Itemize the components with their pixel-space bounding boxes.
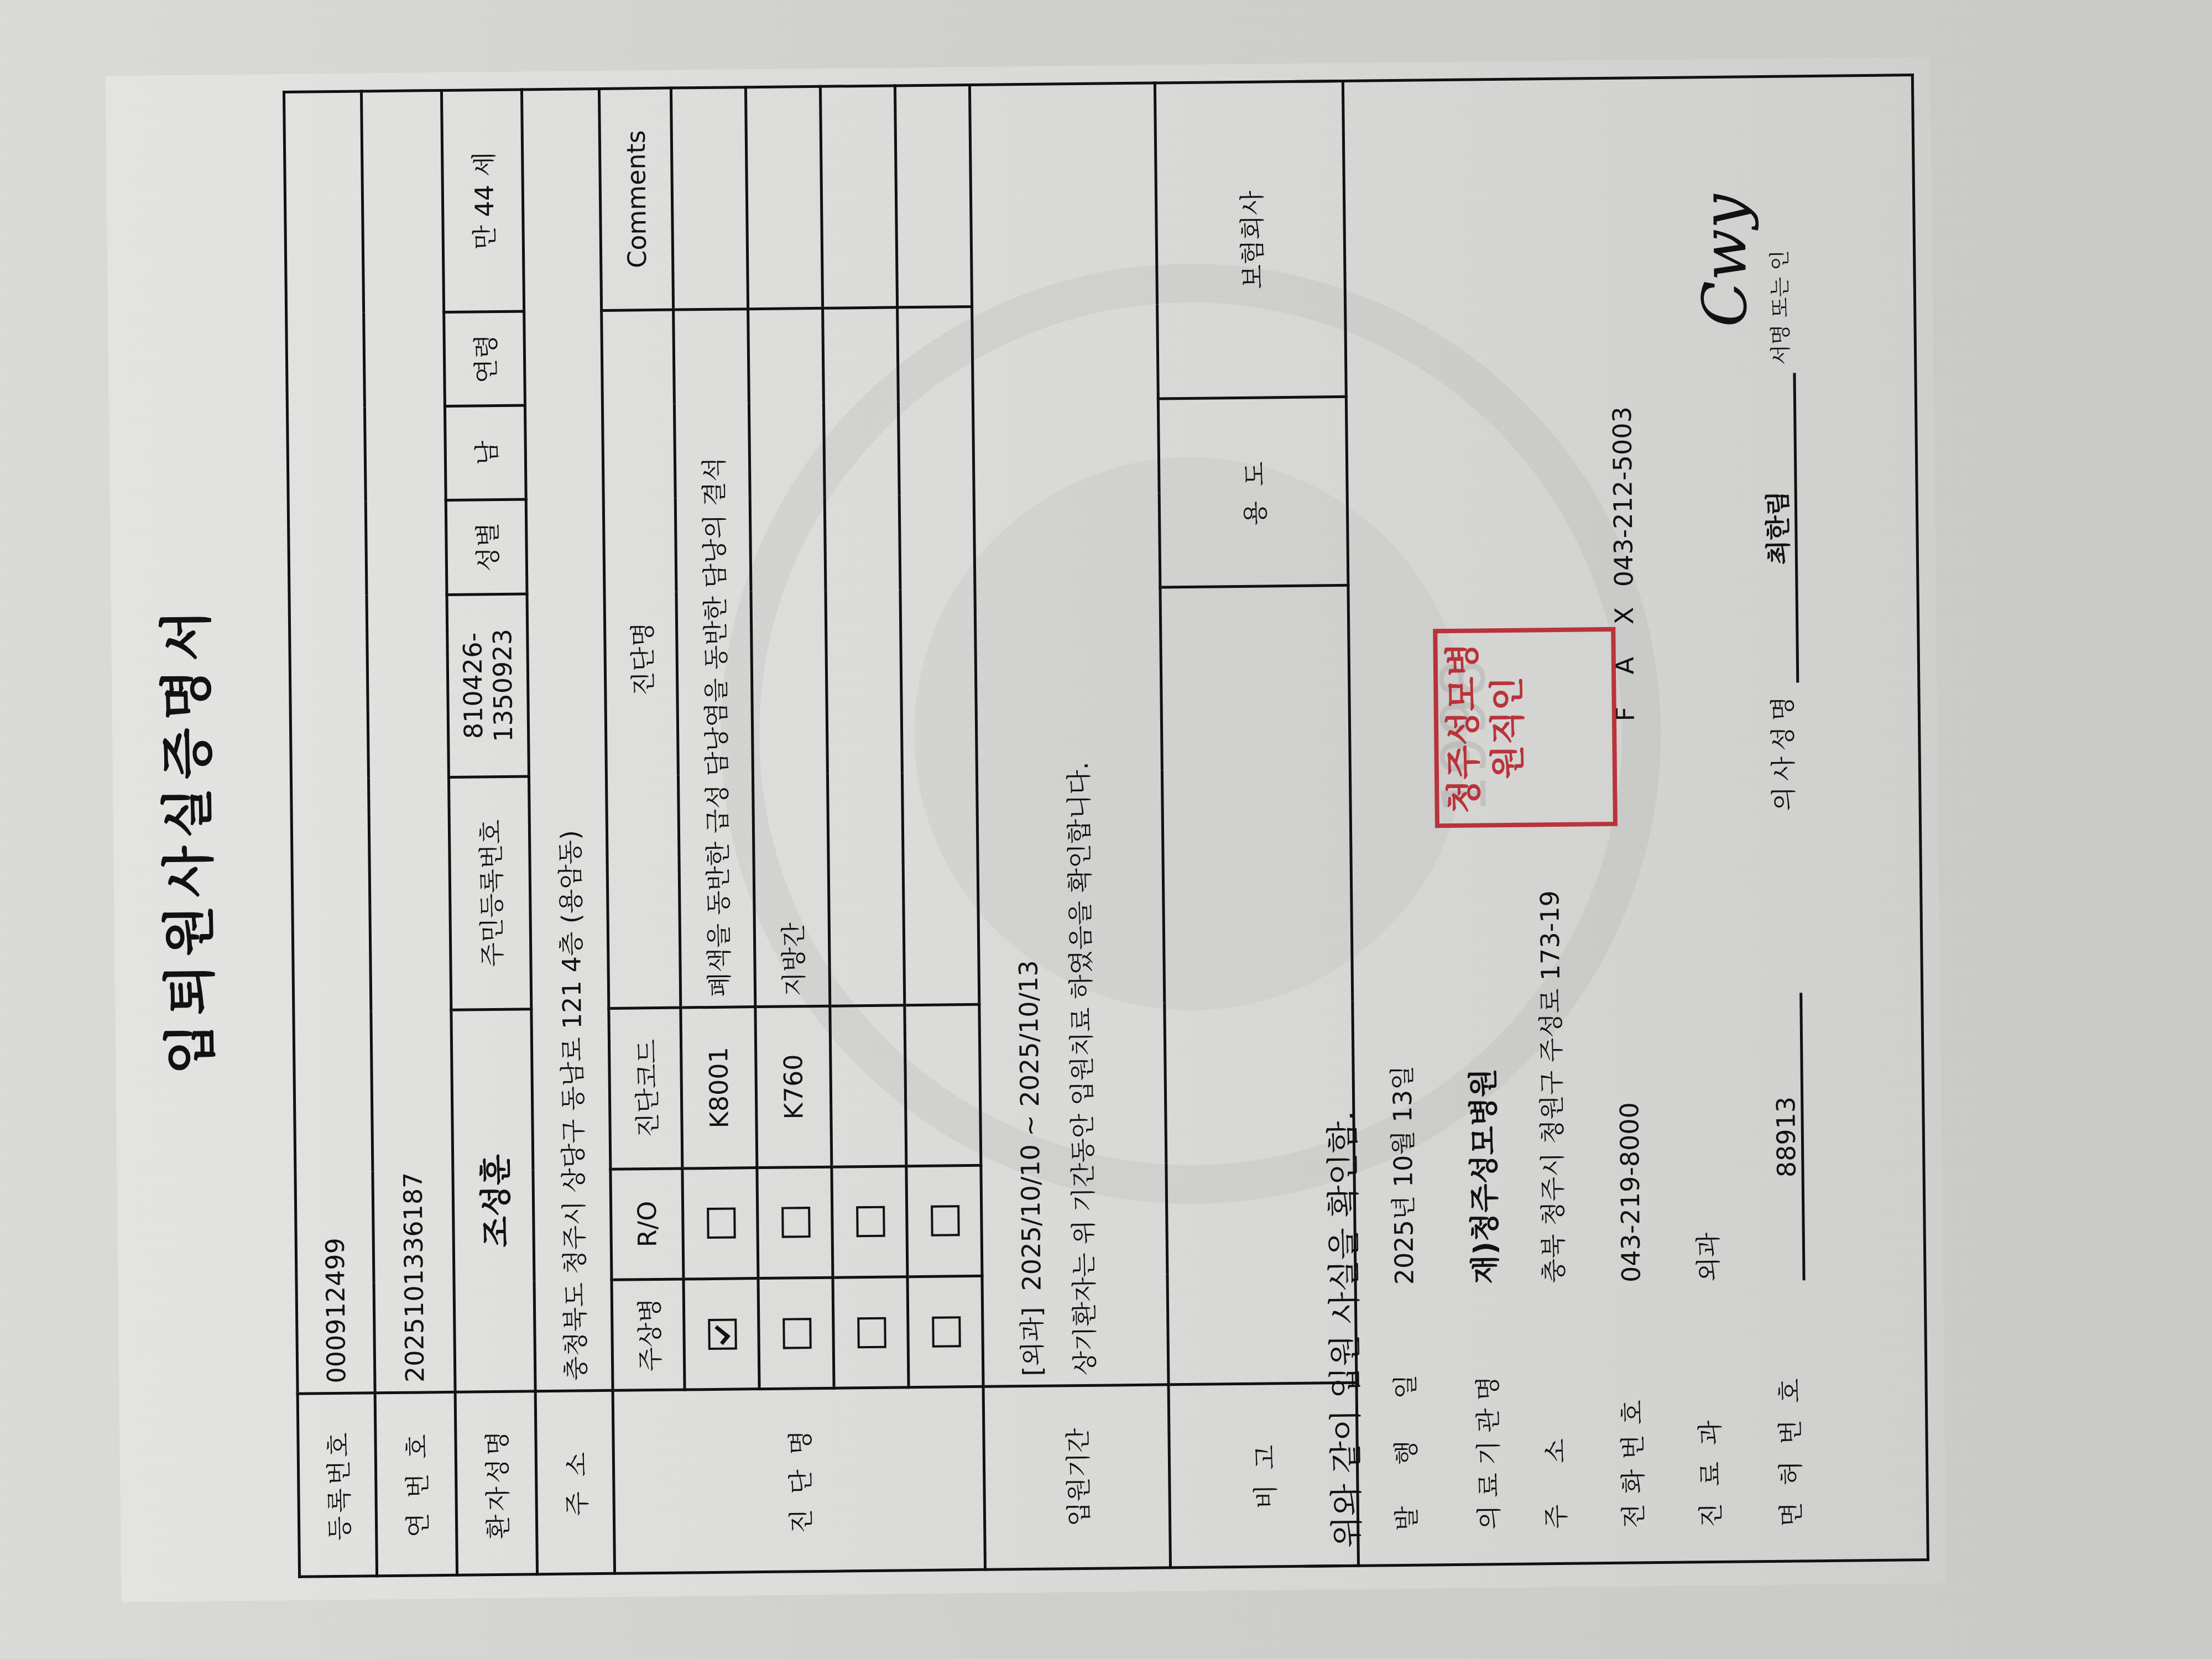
issue-date-value: 2025년 10월 13일 (1387, 1065, 1420, 1285)
certificate-page: 1998 입퇴원사실증명서 등록번호 000912499 연 번 호 20251… (106, 57, 1947, 1602)
certificate-footer: 위와 같이 입원 사실을 확인함. 발 행 일 2025년 10월 13일 의료… (1289, 74, 1929, 1568)
department-value: 외과 (1693, 1232, 1724, 1281)
diagnosis-section-label: 진 단 명 (613, 1387, 985, 1574)
sex-label: 성별 (446, 499, 527, 594)
main-diagnosis-checkbox-checked[interactable] (708, 1318, 737, 1350)
diagnosis-code (830, 1005, 906, 1167)
doctor-name: 최한림 (1756, 373, 1799, 683)
sign-label: 서명 또는 인 (1767, 250, 1793, 365)
diagnosis-name (898, 306, 979, 1005)
license-label: 면허번호 (1769, 1288, 1808, 1527)
sex-value: 남 (445, 405, 526, 500)
registration-no-value: 000912499 (284, 91, 375, 1394)
diagnosis-name: 지방간 (748, 308, 830, 1007)
license-value: 88913 (1770, 993, 1805, 1281)
document-title: 입퇴원사실증명서 (139, 75, 231, 1601)
diagnosis-comments (745, 86, 822, 309)
header-main: 주상병 (612, 1279, 685, 1391)
patient-name-label: 환자성명 (455, 1391, 537, 1575)
diagnosis-code: K8001 (681, 1007, 757, 1168)
ro-checkbox[interactable] (931, 1206, 960, 1237)
diagnosis-comments (671, 87, 748, 310)
diagnosis-comments (895, 85, 972, 307)
institution-address-label: 주 소 (1534, 1291, 1573, 1530)
hospital-seal-stamp: 청주성모병원직인 (1433, 627, 1618, 828)
diagnosis-code: K760 (755, 1006, 832, 1167)
institution-label: 의료기관명 (1467, 1292, 1506, 1530)
certificate-form-table: 등록번호 000912499 연 번 호 2025101336187 환자성명 … (283, 80, 1360, 1578)
ro-checkbox[interactable] (856, 1206, 885, 1238)
main-diagnosis-checkbox[interactable] (782, 1318, 812, 1349)
department-label: 진료과 (1689, 1290, 1728, 1528)
fax-value: 043-212-5003 (1607, 406, 1639, 587)
ro-checkbox[interactable] (781, 1207, 811, 1238)
header-ro: R/O (611, 1168, 684, 1280)
diagnosis-name: 폐색을 동반한 급성 담낭염을 동반한 담낭의 결석 (674, 309, 755, 1008)
address-label: 주 소 (535, 1391, 614, 1574)
registration-no-label: 등록번호 (298, 1393, 377, 1577)
diagnosis-comments (820, 86, 897, 308)
rrn-value: 810426-1350923 (447, 594, 529, 778)
issue-date-label: 발 행 일 (1385, 1293, 1423, 1531)
rrn-label: 주민등록번호 (448, 776, 531, 1010)
diagnosis-code (905, 1005, 981, 1166)
serial-no-value: 2025101336187 (361, 90, 455, 1393)
header-comments: Comments (599, 88, 673, 310)
main-diagnosis-checkbox[interactable] (857, 1317, 886, 1348)
phone-label: 전화번호 (1611, 1290, 1650, 1528)
photo-background: 1998 입퇴원사실증명서 등록번호 000912499 연 번 호 20251… (0, 0, 2212, 1659)
ro-checkbox[interactable] (707, 1208, 736, 1239)
age-value: 만 44 세 (441, 90, 524, 312)
admission-department-tag: [외과] (1017, 1307, 1047, 1376)
admission-period: 2025/10/10 ~ 2025/10/13 (1013, 960, 1046, 1291)
institution-value: 재)청주성모병원 (1466, 1068, 1503, 1284)
confirmation-text: 위와 같이 입원 사실을 확인함. (1316, 1110, 1368, 1548)
main-diagnosis-checkbox[interactable] (932, 1316, 961, 1348)
institution-address-value: 충북 청주시 청원구 주성로 173-19 (1535, 890, 1568, 1284)
diagnosis-name (823, 307, 905, 1006)
doctor-signature: Cwy (1688, 194, 1761, 328)
admission-period-label: 입원기간 (983, 1385, 1170, 1569)
age-label: 연령 (444, 311, 525, 406)
admission-statement: 상기환자는 위 기간동안 입원치료 하였음을 확인합니다. (1064, 761, 1100, 1375)
doctor-label: 의사성명 (1767, 691, 1798, 811)
address-value: 충청북도 청주시 상당구 동남로 121 4층 (용암동) (521, 89, 613, 1392)
header-name: 진단명 (602, 310, 681, 1009)
patient-name-value: 조성훈 (451, 1009, 535, 1392)
serial-no-label: 연 번 호 (375, 1392, 457, 1576)
header-code: 진단코드 (609, 1008, 682, 1169)
